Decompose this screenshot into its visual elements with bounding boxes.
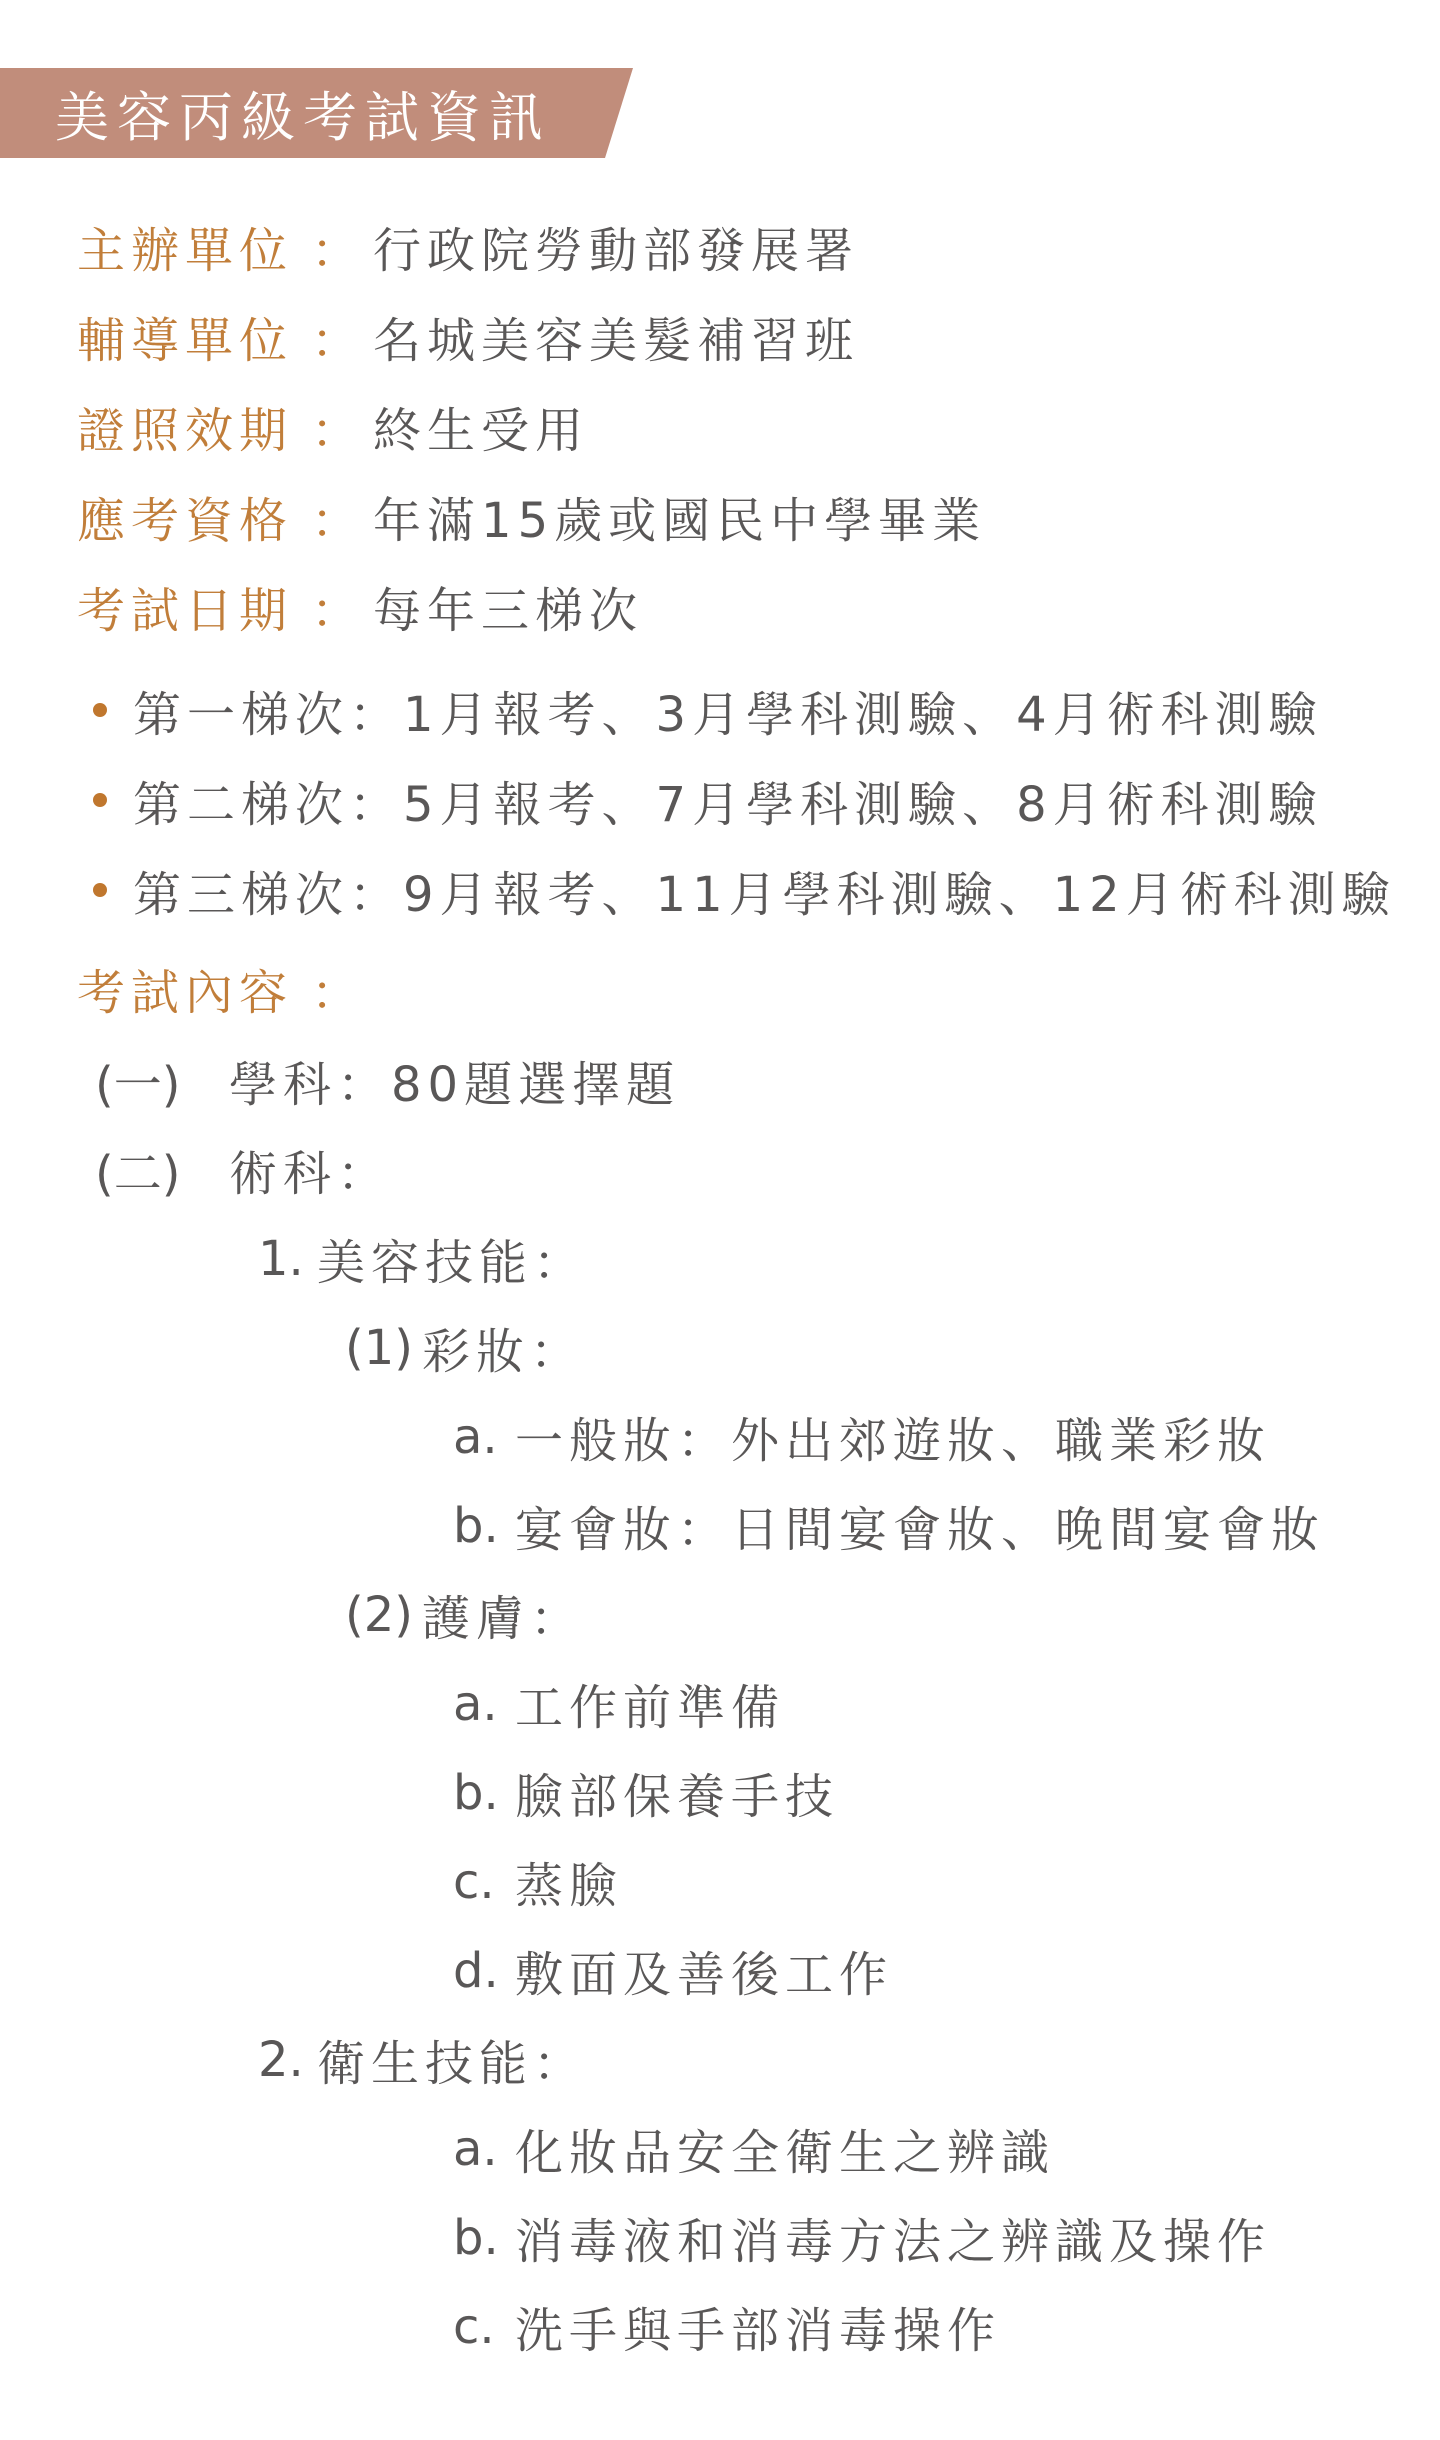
info-label: 主辦單位 xyxy=(77,212,293,281)
outline-text: 護膚： xyxy=(422,1580,584,1649)
bullet-text: 第三梯次：9月報考、11月學科測驗、12月術科測驗 xyxy=(133,856,1396,925)
info-row-counseling-unit: 輔導單位 ： 名城美容美髮補習班 xyxy=(0,291,1440,381)
outline-item-skincare: (2) 護膚： xyxy=(0,1570,1440,1659)
outline-item-beauty-skills: 1. 美容技能： xyxy=(0,1214,1440,1303)
outline-marker: a. xyxy=(453,2121,515,2177)
outline-item-practical-test: (二) 術科： xyxy=(0,1125,1440,1214)
outline-text: 衛生技能： xyxy=(317,2025,587,2094)
bullet-dot-icon xyxy=(93,883,107,897)
info-value: 年滿15歲或國民中學畢業 xyxy=(373,482,986,551)
info-row-exam-dates: 考試日期 ： 每年三梯次 xyxy=(0,561,1440,651)
info-label: 應考資格 xyxy=(77,482,293,551)
list-item-session-3: 第三梯次：9月報考、11月學科測驗、12月術科測驗 xyxy=(0,845,1440,935)
outline-item-general-makeup: a. 一般妝：外出郊遊妝、職業彩妝 xyxy=(0,1392,1440,1481)
outline-item-cosmetic-safety: a. 化妝品安全衛生之辨識 xyxy=(0,2104,1440,2193)
outline-text: 學科：80題選擇題 xyxy=(229,1046,680,1115)
outline-text: 術科： xyxy=(229,1135,391,1204)
exam-info-page: 美容丙級考試資訊 主辦單位 ： 行政院勞動部發展署 輔導單位 ： 名城美容美髮補… xyxy=(0,0,1440,2440)
outline-item-hand-washing: c. 洗手與手部消毒操作 xyxy=(0,2282,1440,2371)
bullet-text: 第一梯次：1月報考、3月學科測驗、4月術科測驗 xyxy=(133,676,1323,745)
info-label: 輔導單位 xyxy=(77,302,293,371)
exam-session-list: 第一梯次：1月報考、3月學科測驗、4月術科測驗 第二梯次：5月報考、7月學科測驗… xyxy=(0,665,1440,935)
outline-text: 工作前準備 xyxy=(515,1669,785,1738)
outline-text: 一般妝：外出郊遊妝、職業彩妝 xyxy=(515,1402,1271,1471)
outline-text: 化妝品安全衛生之辨識 xyxy=(515,2114,1055,2183)
info-colon: ： xyxy=(311,572,359,641)
info-value: 終生受用 xyxy=(373,392,589,461)
outline-marker: c. xyxy=(453,2299,515,2355)
info-value: 每年三梯次 xyxy=(373,572,643,641)
list-item-session-2: 第二梯次：5月報考、7月學科測驗、8月術科測驗 xyxy=(0,755,1440,845)
outline-text: 美容技能： xyxy=(317,1224,587,1293)
outline-item-hygiene-skills: 2. 衛生技能： xyxy=(0,2015,1440,2104)
outline-text: 彩妝： xyxy=(422,1313,584,1382)
outline-item-makeup: (1) 彩妝： xyxy=(0,1303,1440,1392)
info-colon: ： xyxy=(311,482,359,551)
outline-item-steaming: c. 蒸臉 xyxy=(0,1837,1440,1926)
outline-marker: b. xyxy=(453,2210,515,2266)
section-heading-label: 考試內容 xyxy=(77,954,293,1023)
exam-content-outline: (一) 學科：80題選擇題 (二) 術科： 1. 美容技能： (1) 彩妝： a… xyxy=(0,1036,1440,2371)
info-block: 主辦單位 ： 行政院勞動部發展署 輔導單位 ： 名城美容美髮補習班 證照效期 ：… xyxy=(0,201,1440,651)
outline-item-disinfection: b. 消毒液和消毒方法之辨識及操作 xyxy=(0,2193,1440,2282)
outline-text: 洗手與手部消毒操作 xyxy=(515,2292,1001,2361)
info-label: 證照效期 xyxy=(77,392,293,461)
info-colon: ： xyxy=(311,302,359,371)
info-label: 考試日期 xyxy=(77,572,293,641)
bullet-dot-icon xyxy=(93,793,107,807)
outline-item-prework: a. 工作前準備 xyxy=(0,1659,1440,1748)
bullet-text: 第二梯次：5月報考、7月學科測驗、8月術科測驗 xyxy=(133,766,1323,835)
outline-marker: (1) xyxy=(345,1320,422,1376)
info-value: 行政院勞動部發展署 xyxy=(373,212,859,281)
outline-marker: a. xyxy=(453,1409,515,1465)
outline-marker: 2. xyxy=(258,2032,317,2088)
outline-marker: b. xyxy=(453,1765,515,1821)
info-row-organizer: 主辦單位 ： 行政院勞動部發展署 xyxy=(0,201,1440,291)
outline-text: 宴會妝：日間宴會妝、晚間宴會妝 xyxy=(515,1491,1325,1560)
page-title: 美容丙級考試資訊 xyxy=(0,75,551,152)
bullet-dot-icon xyxy=(93,703,107,717)
title-banner: 美容丙級考試資訊 xyxy=(0,68,633,158)
outline-text: 敷面及善後工作 xyxy=(515,1936,893,2005)
list-item-session-1: 第一梯次：1月報考、3月學科測驗、4月術科測驗 xyxy=(0,665,1440,755)
outline-text: 臉部保養手技 xyxy=(515,1758,839,1827)
outline-text: 消毒液和消毒方法之辨識及操作 xyxy=(515,2203,1271,2272)
outline-item-party-makeup: b. 宴會妝：日間宴會妝、晚間宴會妝 xyxy=(0,1481,1440,1570)
outline-marker: (二) xyxy=(95,1135,229,1204)
outline-marker: b. xyxy=(453,1498,515,1554)
outline-marker: a. xyxy=(453,1676,515,1732)
outline-item-facial-massage: b. 臉部保養手技 xyxy=(0,1748,1440,1837)
info-row-license-validity: 證照效期 ： 終生受用 xyxy=(0,381,1440,471)
info-row-eligibility: 應考資格 ： 年滿15歲或國民中學畢業 xyxy=(0,471,1440,561)
outline-marker: (一) xyxy=(95,1046,229,1115)
info-colon: ： xyxy=(311,392,359,461)
info-value: 名城美容美髮補習班 xyxy=(373,302,859,371)
outline-item-written-test: (一) 學科：80題選擇題 xyxy=(0,1036,1440,1125)
outline-marker: c. xyxy=(453,1854,515,1910)
outline-marker: d. xyxy=(453,1943,515,1999)
outline-marker: 1. xyxy=(258,1231,317,1287)
info-colon: ： xyxy=(311,212,359,281)
outline-text: 蒸臉 xyxy=(515,1847,623,1916)
outline-marker: (2) xyxy=(345,1587,422,1643)
outline-item-mask-cleanup: d. 敷面及善後工作 xyxy=(0,1926,1440,2015)
exam-content-heading: 考試內容 ： xyxy=(0,943,1440,1033)
section-heading-colon: ： xyxy=(311,954,359,1023)
